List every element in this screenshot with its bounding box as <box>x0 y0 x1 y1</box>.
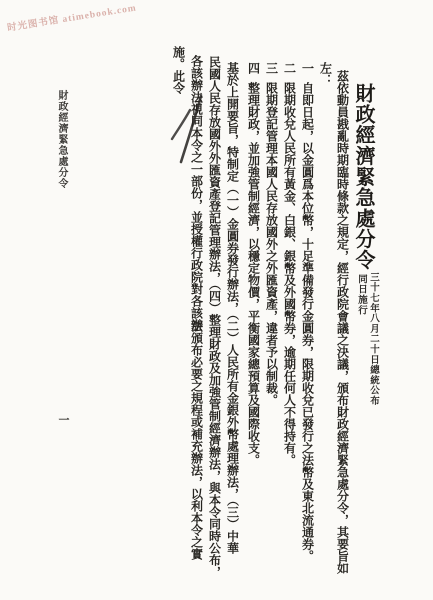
decree-item-3: 三限期登記管理本國人民存放國外之外匯資產，違者予以制裁。 <box>262 62 280 406</box>
item-3-number: 三 <box>265 62 279 74</box>
promulgation-date: 三十七年八月二十日總統公布 <box>367 272 378 406</box>
closing-column-2: 民國人民存放國外外匯資產登記管理辦法，（四）整理財政及加強管制經濟辦法，與本令同… <box>205 56 223 578</box>
page-number: 一 <box>57 414 69 425</box>
closing-column-1: 基於上開要旨，特制定（一）金圓券發行辦法，（二）人民所有金銀外幣處理辦法，（三）… <box>223 62 241 554</box>
item-4-number: 四 <box>247 62 261 74</box>
library-watermark: 时光图书馆 atimebook.com <box>6 0 156 34</box>
closing-column-4: 法頒布必要之規程或補充辦法，以利本令之實 <box>187 320 205 560</box>
item-2-text: 限期收兌人民所有黃金、白銀、銀幣及外國幣券，逾期任何人不得持有。 <box>283 82 297 466</box>
item-1-text: 自即日起，以金圓爲本位幣，十足準備發行金圓券，限期收兌已發行之法幣及東北流通券。 <box>301 82 315 562</box>
decree-item-2: 二限期收兌人民所有黃金、白銀、銀幣及外國幣券，逾期任何人不得持有。 <box>280 62 298 466</box>
item-3-text: 限期登記管理本國人民存放國外之外匯資產，違者予以制裁。 <box>265 82 279 406</box>
decree-item-4: 四整理財政，並加強管制經濟，以穩定物價，平衡國家總預算及國際收支。 <box>244 62 262 466</box>
margin-spine-label: 財政經濟緊急處分令 <box>55 90 67 189</box>
preamble-column-1: 茲依動員戡亂時期臨時條款之規定，經行政院會議之決議，頒布財政經濟緊急處分令，其要… <box>333 70 351 574</box>
item-1-number: 一 <box>301 62 315 74</box>
decree-item-1: 一自即日起，以金圓爲本位幣，十足準備發行金圓券，限期收兌已發行之法幣及東北流通券… <box>298 62 316 562</box>
effective-date: 同日施行 <box>355 274 366 315</box>
scanned-document-page: 时光图书馆 atimebook.com 財政經濟緊急處分令 財政經濟緊急處分令 … <box>0 0 433 600</box>
closing-column-5: 施。此令 <box>169 46 187 94</box>
item-2-number: 二 <box>283 62 297 74</box>
decree-title: 財政經濟緊急處分令 <box>349 83 376 270</box>
item-4-text: 整理財政，並加強管制經濟，以穩定物價，平衡國家總預算及國際收支。 <box>247 82 261 466</box>
closing-column-3: 各該辦法視同本令之一部份，並授權行政院對各該辦 <box>187 55 205 331</box>
preamble-column-2: 左： <box>316 62 334 86</box>
